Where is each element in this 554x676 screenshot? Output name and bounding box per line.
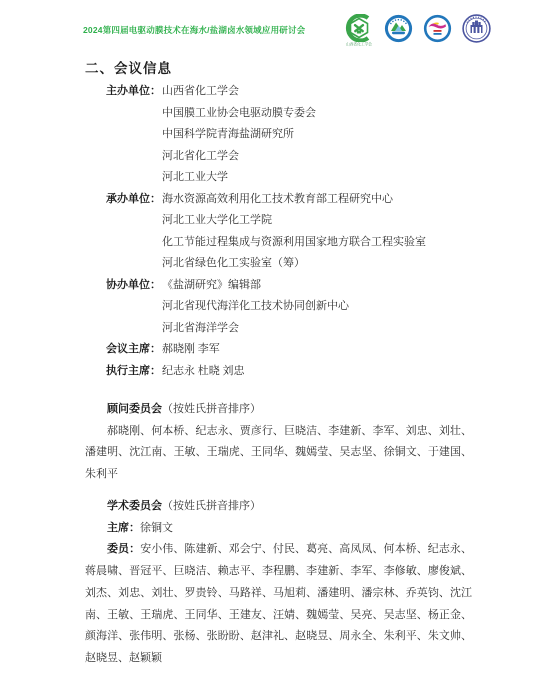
logo-hebei-university bbox=[461, 14, 491, 43]
organizer: 河北工业大学化工学院 bbox=[162, 210, 486, 232]
co-organizer: 《盐湖研究》编辑部 bbox=[162, 275, 486, 297]
organizer: 河北省绿色化工实验室（筹） bbox=[162, 253, 486, 275]
info-label: 承办单位： bbox=[106, 189, 162, 275]
organizer: 化工节能过程集成与资源利用国家地方联合工程实验室 bbox=[162, 232, 486, 254]
advisory-committee-section: 顾问委员会（按姓氏拼音排序） 郝晓刚、何本桥、纪志永、贾彦行、巨晓洁、李建新、李… bbox=[85, 399, 472, 486]
host-organization: 河北省化工学会 bbox=[162, 146, 486, 168]
info-row-coorganizers: 协办单位： 《盐湖研究》编辑部 河北省现代海洋化工技术协同创新中心 河北省海洋学… bbox=[106, 275, 486, 340]
academic-chair-line: 主席：徐铜文 bbox=[85, 518, 472, 540]
academic-committee-section: 学术委员会（按姓氏拼音排序） 主席：徐铜文 委员：安小伟、陈建新、邓会宁、付民、… bbox=[85, 496, 472, 670]
sort-note: （按姓氏拼音排序） bbox=[162, 403, 261, 415]
info-label: 主办单位： bbox=[106, 81, 162, 189]
logo-caption: 山西省化工学会 bbox=[346, 43, 372, 47]
sort-note: （按姓氏拼音排序） bbox=[162, 500, 261, 512]
organizer: 海水资源高效利用化工技术教育部工程研究中心 bbox=[162, 189, 486, 211]
info-row-hosts: 主办单位： 山西省化工学会 中国膜工业协会电驱动膜专委会 中国科学院青海盐湖研究… bbox=[106, 81, 486, 189]
wave-seal-logo-icon bbox=[423, 14, 452, 43]
university-seal-logo-icon bbox=[462, 14, 491, 43]
members-names: 安小伟、陈建新、邓会宁、付民、葛亮、高凤凤、何本桥、纪志永、蒋晨啸、晋冠平、巨晓… bbox=[85, 543, 472, 664]
info-row-organizers: 承办单位： 海水资源高效利用化工技术教育部工程研究中心 河北工业大学化工学院 化… bbox=[106, 189, 486, 275]
host-organization: 山西省化工学会 bbox=[162, 81, 486, 103]
advisory-heading-text: 顾问委员会 bbox=[107, 403, 162, 415]
academic-members-list: 委员：安小伟、陈建新、邓会宁、付民、葛亮、高凤凤、何本桥、纪志永、蒋晨啸、晋冠平… bbox=[85, 539, 472, 669]
logo-row: 山西省化工学会 bbox=[344, 14, 491, 49]
chair-label: 主席： bbox=[107, 522, 140, 534]
mountain-seal-logo-icon bbox=[384, 14, 413, 43]
executive-chairs: 纪志永 杜晓 刘忠 bbox=[162, 361, 486, 383]
conference-chairs: 郝晓刚 李军 bbox=[162, 339, 486, 361]
info-label: 执行主席： bbox=[106, 361, 162, 383]
conference-info-list: 主办单位： 山西省化工学会 中国膜工业协会电驱动膜专委会 中国科学院青海盐湖研究… bbox=[106, 81, 486, 382]
hexagon-c-logo-icon bbox=[344, 14, 374, 42]
host-organization: 中国膜工业协会电驱动膜专委会 bbox=[162, 103, 486, 125]
academic-heading-text: 学术委员会 bbox=[107, 500, 162, 512]
chair-name: 徐铜文 bbox=[140, 522, 173, 534]
advisory-members-list: 郝晓刚、何本桥、纪志永、贾彦行、巨晓洁、李建新、李军、刘忠、刘壮、潘建明、沈江南… bbox=[85, 421, 472, 486]
document-page: 2024第四届电驱动膜技术在海水/盐湖卤水领域应用研讨会 山西省化工学会 bbox=[0, 0, 554, 676]
info-row-executive-chair: 执行主席： 纪志永 杜晓 刘忠 bbox=[106, 361, 486, 383]
info-row-conference-chair: 会议主席： 郝晓刚 李军 bbox=[106, 339, 486, 361]
academic-committee-heading: 学术委员会（按姓氏拼音排序） bbox=[85, 496, 472, 518]
section-title: 二、会议信息 bbox=[85, 57, 172, 77]
host-organization: 河北工业大学 bbox=[162, 167, 486, 189]
info-label: 协办单位： bbox=[106, 275, 162, 340]
logo-wave-association bbox=[422, 14, 452, 43]
co-organizer: 河北省海洋学会 bbox=[162, 318, 486, 340]
advisory-committee-heading: 顾问委员会（按姓氏拼音排序） bbox=[85, 399, 472, 421]
info-label: 会议主席： bbox=[106, 339, 162, 361]
co-organizer: 河北省现代海洋化工技术协同创新中心 bbox=[162, 296, 486, 318]
logo-shanxi-chemical-society: 山西省化工学会 bbox=[344, 14, 374, 49]
host-organization: 中国科学院青海盐湖研究所 bbox=[162, 124, 486, 146]
conference-title: 2024第四届电驱动膜技术在海水/盐湖卤水领域应用研讨会 bbox=[83, 24, 305, 36]
logo-salt-lake-institute bbox=[383, 14, 413, 43]
members-label: 委员： bbox=[107, 543, 140, 555]
